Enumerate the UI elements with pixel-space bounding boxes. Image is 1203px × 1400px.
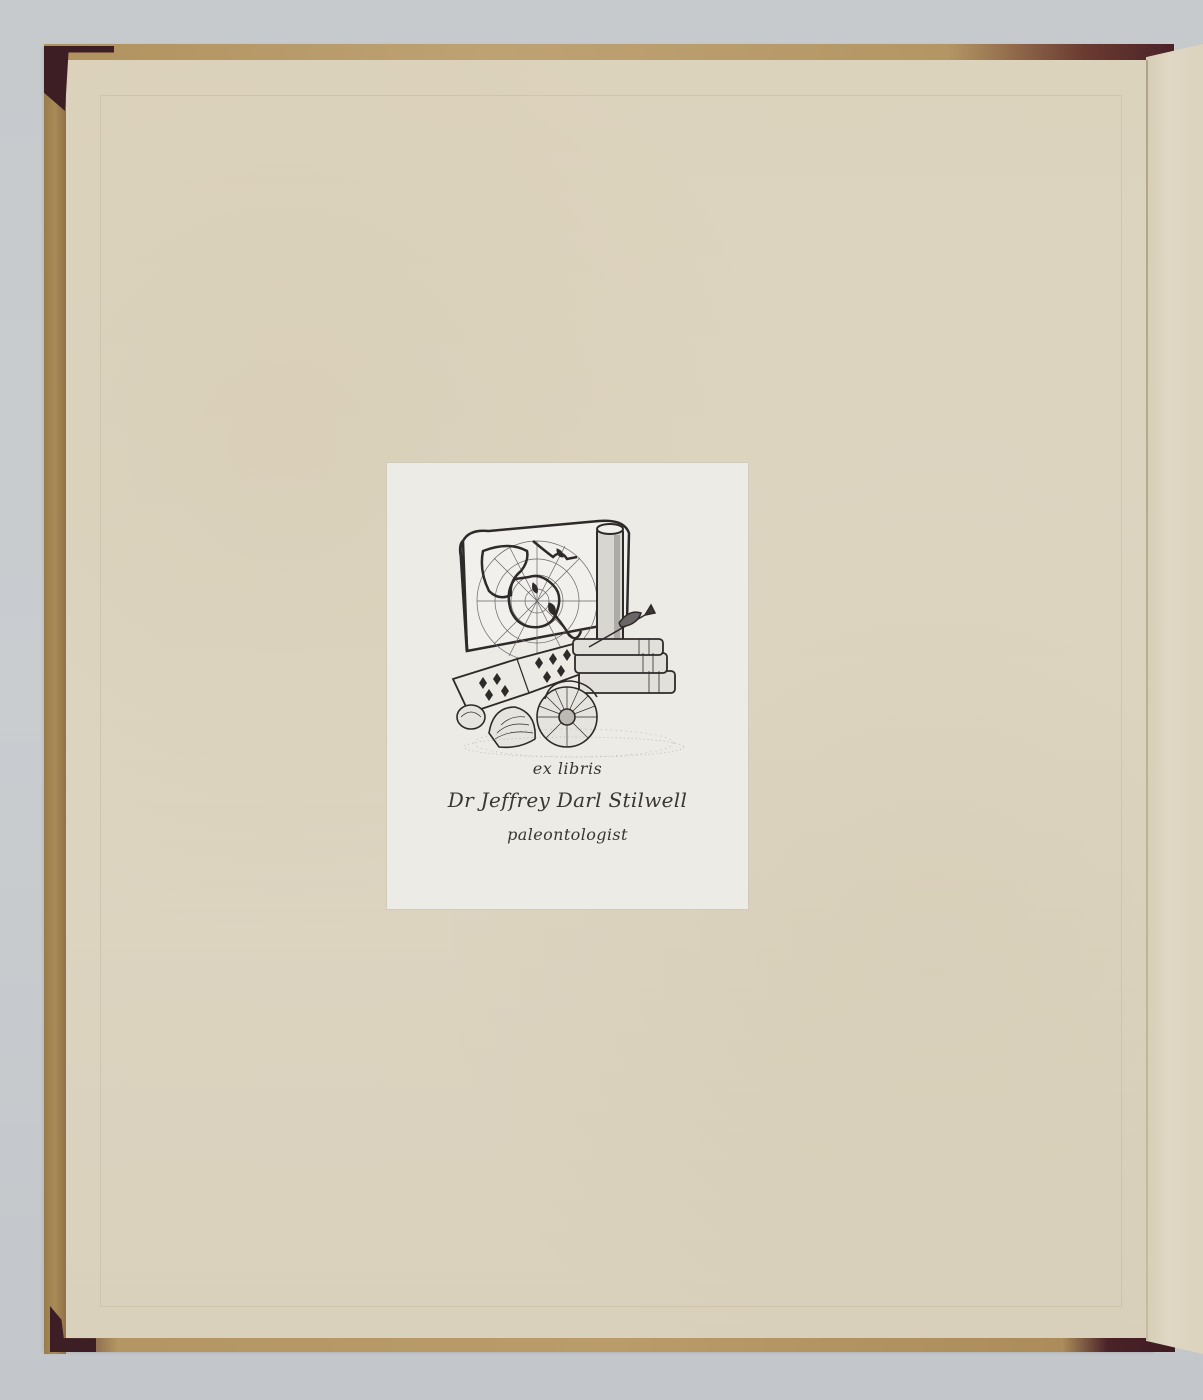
seashell-icon [457,705,535,747]
bookplate: ex libris Dr Jeffrey Darl Stilwell paleo… [387,463,748,909]
book-stack-icon [573,639,675,693]
flyleaf-page-edge [1146,44,1203,1354]
cover-top-edge [44,44,1174,60]
owner-profession: paleontologist [387,825,748,844]
cover-bottom-edge [50,1338,1175,1352]
ex-libris-label: ex libris [387,759,748,778]
cover-left-edge [44,44,66,1354]
owner-name: Dr Jeffrey Darl Stilwell [387,788,748,812]
gutter-hinge [1146,60,1148,1340]
bookplate-illustration [449,511,699,771]
